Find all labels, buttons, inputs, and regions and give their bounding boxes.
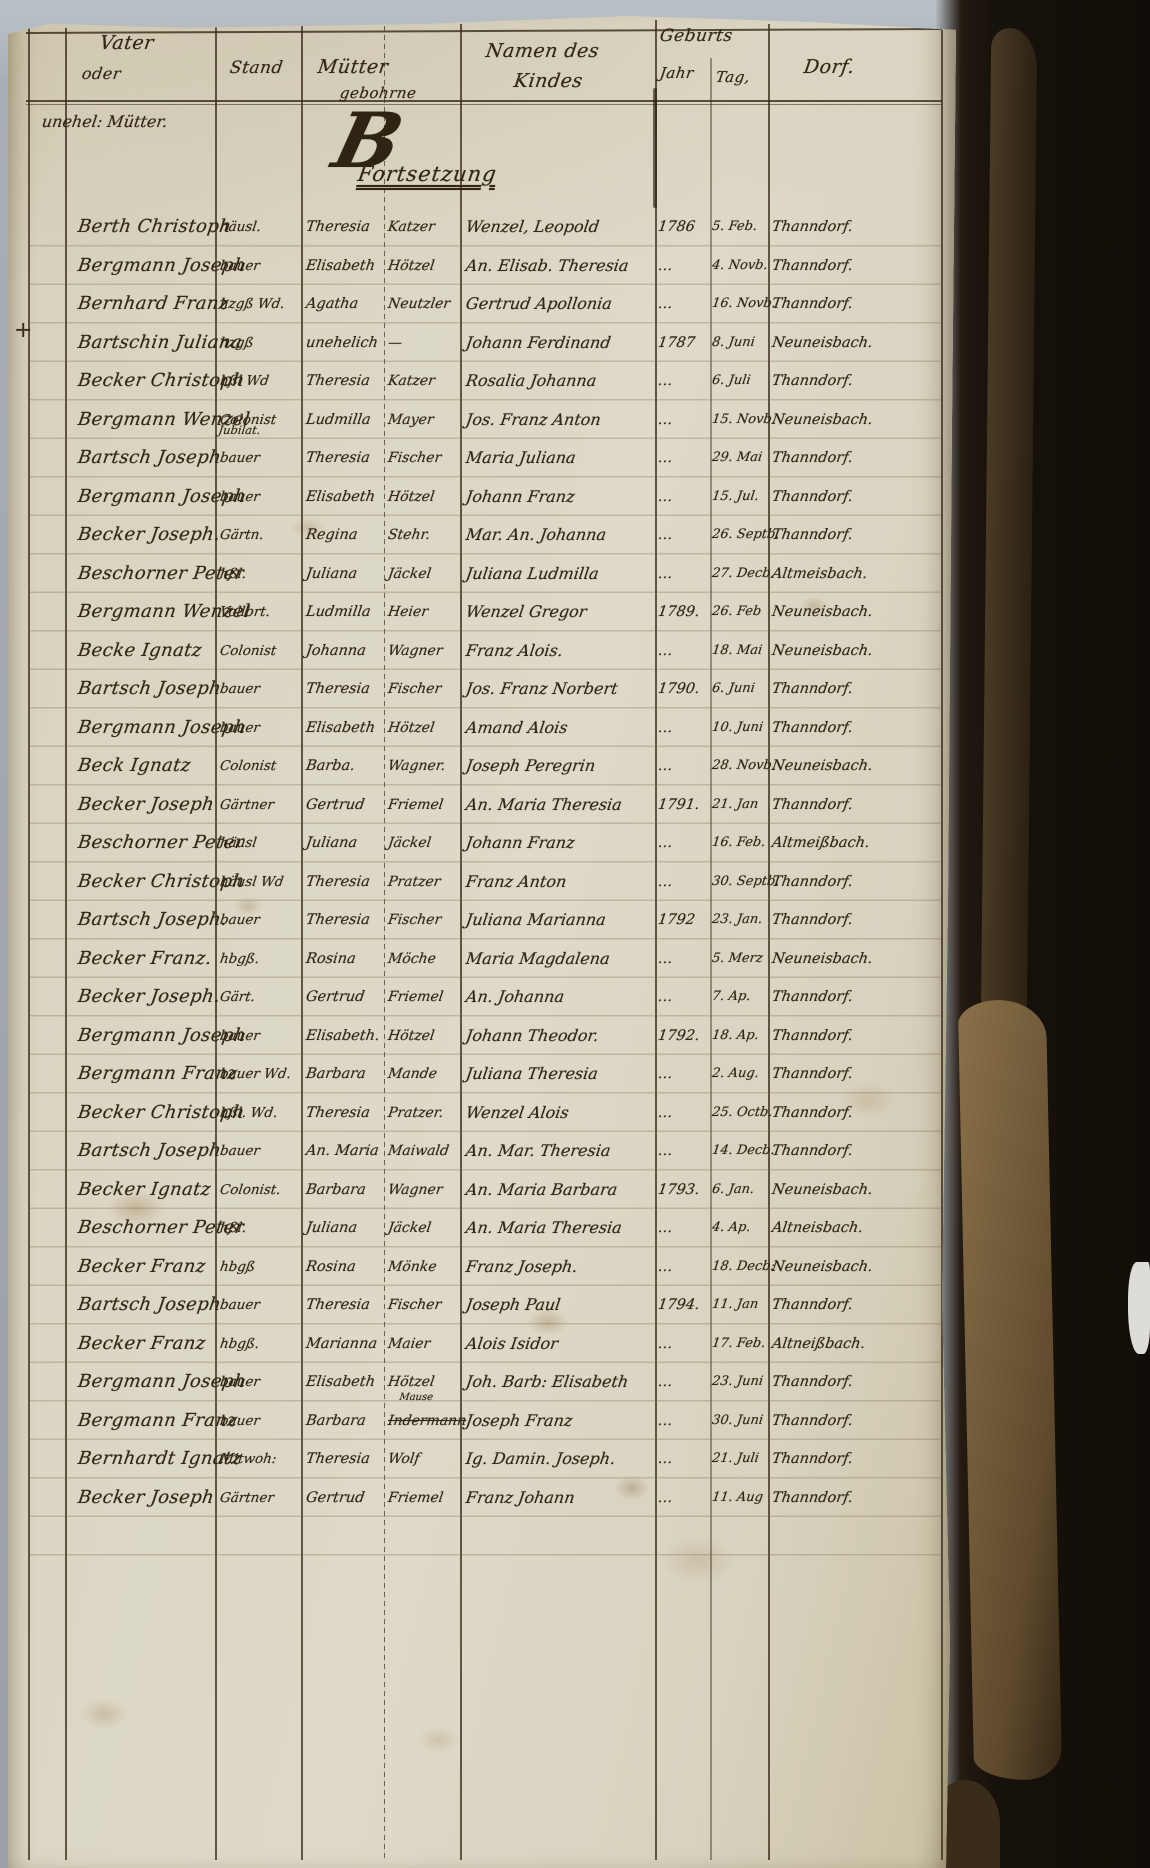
mgiven-cell: Theresia — [303, 439, 372, 477]
struck-surname: Indermann — [387, 1413, 467, 1429]
village-cell: Thanndorf. — [769, 1286, 855, 1324]
table-row: Bergmann WenzelVollbrt.LudmillaHeierWenz… — [8, 593, 956, 631]
mgiven-cell: Agatha — [303, 285, 361, 323]
msur-cell: Hötzel — [385, 1017, 437, 1055]
child-cell: Juliana Ludmilla — [463, 555, 601, 593]
stand-cell: häusl Wd — [217, 863, 286, 901]
stand-cell: Mitwoh: — [217, 1440, 279, 1478]
child-cell: Wenzel Gregor — [463, 593, 589, 631]
year-cell: … — [655, 362, 675, 400]
day-cell: 4. Novb. — [709, 247, 770, 285]
village-cell: Thanndorf. — [769, 863, 855, 901]
table-row: Becker Joseph.Gärtn.ReginaStehr.Mar. An.… — [8, 516, 956, 554]
book-binding-edge — [935, 0, 1150, 1868]
stand-cell: hßl. — [217, 555, 249, 593]
day-cell: 17. Feb. — [709, 1325, 768, 1363]
year-cell: … — [655, 709, 675, 747]
header-child-line1: Namen des — [484, 40, 600, 62]
father-cell: Becker Joseph. — [75, 978, 223, 1016]
year-cell: … — [655, 1248, 675, 1286]
day-cell: 8. Juni — [709, 324, 757, 362]
msur-cell: Hötzel — [385, 247, 437, 285]
table-row: Beschorner PeterhäuslJulianaJäckelJohann… — [8, 824, 956, 862]
year-cell: 1793. — [655, 1171, 702, 1209]
child-cell: Johann Franz — [463, 824, 577, 862]
msur-cell: Fischer — [385, 1286, 444, 1324]
table-row: Becker JosephGärtnerGertrudFriemelAn. Ma… — [8, 786, 956, 824]
stand-cell: bauer — [217, 709, 262, 747]
village-cell: Thanndorf. — [769, 1094, 855, 1132]
header-day: Tag, — [715, 68, 752, 86]
msur-cell: Jäckel — [385, 555, 433, 593]
mgiven-cell: Regina — [303, 516, 360, 554]
msur-cell: Mande — [385, 1055, 439, 1093]
day-cell: 21. Jan — [709, 786, 760, 824]
village-cell: Thanndorf. — [769, 362, 855, 400]
year-cell: … — [655, 940, 675, 978]
village-cell: Thanndorf. — [769, 1479, 855, 1517]
child-cell: An. Maria Theresia — [463, 786, 624, 824]
table-row: Bergmann JosephbauerElisabethHötzelJohan… — [8, 478, 956, 516]
mgiven-cell: Elisabeth — [303, 1363, 377, 1401]
father-cell: Becker Joseph — [75, 786, 216, 824]
child-cell: Rosalia Johanna — [463, 362, 599, 400]
msur-cell: Wagner — [385, 1171, 445, 1209]
table-row: Bartsch JosephbauerTheresiaFischerJoseph… — [8, 1286, 956, 1324]
village-cell: Neuneisbach. — [769, 593, 875, 631]
stand-cell: häusl — [217, 824, 259, 862]
year-cell: … — [655, 555, 675, 593]
stand-cell: bauer Wd. — [217, 1055, 293, 1093]
table-row: Bergmann WenzelColonistJubilat.LudmillaM… — [8, 401, 956, 439]
mgiven-cell: unehelich — [303, 324, 380, 362]
stand-cell: bauer — [217, 1132, 262, 1170]
mgiven-cell: Theresia — [303, 670, 372, 708]
village-cell: Thanndorf. — [769, 208, 855, 246]
msur-cell: Jäckel — [385, 824, 433, 862]
father-cell: Berth Christoph — [75, 208, 234, 246]
father-cell: Becker Ignatz — [75, 1171, 213, 1209]
header-village: Dorf. — [802, 56, 856, 78]
msur-cell: Wagner. — [385, 747, 448, 785]
stand-cell: hbgß. — [217, 1325, 262, 1363]
child-cell: An. Elisab. Theresia — [463, 247, 631, 285]
table-row: Bergmann JosephbauerElisabethHötzelAn. E… — [8, 247, 956, 285]
mgiven-cell: Juliana — [303, 1209, 359, 1247]
day-cell: 18. Mai — [709, 632, 764, 670]
table-row: Becker Christophhäusl WdTheresiaPratzerF… — [8, 863, 956, 901]
day-cell: 5. Feb. — [709, 208, 759, 246]
day-cell: 23. Juni — [709, 1363, 765, 1401]
msur-cell: Wagner — [385, 632, 445, 670]
father-cell: Becker Franz — [75, 1325, 208, 1363]
day-cell: 11. Jan — [709, 1286, 760, 1324]
village-cell: Neuneisbach. — [769, 632, 875, 670]
village-cell: Thanndorf. — [769, 978, 855, 1016]
mgiven-cell: An. Maria — [303, 1132, 381, 1170]
msur-cell: Mönke — [385, 1248, 439, 1286]
stand-cell: bauer — [217, 478, 262, 516]
header-bottom-rule — [26, 100, 942, 102]
stand-cell: bauer — [217, 1017, 262, 1055]
table-row: Bergmann Franzbauer Wd.BarbaraMandeJulia… — [8, 1055, 956, 1093]
header-father-line1: Vater — [98, 32, 155, 54]
day-cell: 29. Mai — [709, 439, 764, 477]
child-cell: Alois Isidor — [463, 1325, 560, 1363]
mgiven-cell: Barbara — [303, 1402, 368, 1440]
father-cell: Bartsch Joseph — [75, 1286, 223, 1324]
year-cell: … — [655, 1325, 675, 1363]
village-cell: Thanndorf. — [769, 1363, 855, 1401]
header-birth: Geburts — [659, 26, 734, 46]
table-row: Bartsch JosephbauerAn. MariaMaiwaldAn. M… — [8, 1132, 956, 1170]
village-cell: Thanndorf. — [769, 670, 855, 708]
father-cell: Becker Joseph — [75, 1479, 216, 1517]
mgiven-cell: Barbara — [303, 1171, 368, 1209]
table-row: Bergmann JosephbauerElisabeth.HötzelJoha… — [8, 1017, 956, 1055]
msur-cell: Maier — [385, 1325, 432, 1363]
msur-cell: Möche — [385, 940, 438, 978]
msur-cell: Pratzer. — [385, 1094, 446, 1132]
child-cell: Johann Ferdinand — [463, 324, 613, 362]
child-cell: Jos. Franz Anton — [463, 401, 603, 439]
day-cell: 4. Ap. — [709, 1209, 753, 1247]
stand-cell: hzgß Wd. — [217, 285, 287, 323]
table-row: Bartsch JosephbauerTheresiaFischerJos. F… — [8, 670, 956, 708]
day-cell: 18. Ap. — [709, 1017, 761, 1055]
stand-cell: Colonist. — [217, 1171, 283, 1209]
father-cell: Becke Ignatz — [75, 632, 204, 670]
village-cell: Thanndorf. — [769, 786, 855, 824]
day-cell: 14. Decb. — [709, 1132, 777, 1170]
table-row: Bernhardt IgnatzMitwoh:TheresiaWolfIg. D… — [8, 1440, 956, 1478]
child-cell: Johann Franz — [463, 478, 577, 516]
stand-cell: hßl. Wd. — [217, 1094, 280, 1132]
table-row: Beschorner Peterhßl.JulianaJäckelAn. Mar… — [8, 1209, 956, 1247]
table-row: Becker JosephGärtnerGertrudFriemelFranz … — [8, 1479, 956, 1517]
village-cell: Thanndorf. — [769, 901, 855, 939]
day-cell: 25. Octb. — [709, 1094, 775, 1132]
year-cell: 1792 — [655, 901, 697, 939]
msur-cell: Fischer — [385, 670, 444, 708]
mgiven-cell: Theresia — [303, 1440, 372, 1478]
table-row: Becker Franz.hbgß.RosinaMöcheMaria Magda… — [8, 940, 956, 978]
stand-cell: Gärtner — [217, 786, 276, 824]
mgiven-cell: Rosina — [303, 940, 358, 978]
child-cell: Juliana Marianna — [463, 901, 608, 939]
msur-cell: Fischer — [385, 901, 444, 939]
day-cell: 6. Jan. — [709, 1171, 756, 1209]
msur-cell: Friemel — [385, 786, 446, 824]
day-cell: 7. Ap. — [709, 978, 753, 1016]
year-cell: 1792. — [655, 1017, 702, 1055]
mgiven-cell: Elisabeth — [303, 478, 377, 516]
year-cell: … — [655, 247, 675, 285]
day-cell: 6. Juni — [709, 670, 757, 708]
village-cell: Neuneisbach. — [769, 940, 875, 978]
day-cell: 30. Juni — [709, 1402, 765, 1440]
year-cell: … — [655, 1402, 675, 1440]
msur-cell: Friemel — [385, 978, 446, 1016]
village-cell: Thanndorf. — [769, 478, 855, 516]
stand-cell: bauer — [217, 247, 262, 285]
child-cell: An. Maria Theresia — [463, 1209, 624, 1247]
msur-cell: Heier — [385, 593, 430, 631]
ink-blot — [653, 88, 657, 208]
mgiven-cell: Johanna — [303, 632, 368, 670]
table-row: Beschorner Peterhßl.JulianaJäckelJuliana… — [8, 555, 956, 593]
table-row: Becker IgnatzColonist.BarbaraWagnerAn. M… — [8, 1171, 956, 1209]
msur-cell: Stehr. — [385, 516, 432, 554]
surname-correction: Mause — [399, 1393, 434, 1403]
year-cell: … — [655, 1055, 675, 1093]
table-row: Bartschin Julianahzgßunehelich—Johann Fe… — [8, 324, 956, 362]
village-cell: Neuneisbach. — [769, 747, 875, 785]
mgiven-cell: Elisabeth — [303, 247, 377, 285]
child-cell: Maria Juliana — [463, 439, 578, 477]
year-cell: 1790. — [655, 670, 702, 708]
year-cell: … — [655, 1132, 675, 1170]
mgiven-cell: Marianna — [303, 1325, 379, 1363]
child-cell: Joseph Paul — [463, 1286, 563, 1324]
child-cell: Amand Alois — [463, 709, 570, 747]
father-cell: Bartsch Joseph. — [75, 901, 230, 939]
child-cell: Juliana Theresia — [463, 1055, 600, 1093]
day-cell: 11. Aug — [709, 1479, 765, 1517]
stand-cell: hßl. — [217, 1209, 249, 1247]
stand-second-line: Jubilat. — [218, 425, 276, 436]
table-row: Becker Christophhßl. Wd.TheresiaPratzer.… — [8, 1094, 956, 1132]
stand-cell: häusl. — [217, 208, 263, 246]
stand-cell: bauer — [217, 1363, 262, 1401]
mgiven-cell: Gertrud — [303, 978, 367, 1016]
year-cell: … — [655, 1479, 675, 1517]
day-cell: 18. Decb: — [709, 1248, 777, 1286]
mgiven-cell: Elisabeth — [303, 709, 377, 747]
table-row: Bergmann FranzbauerBarbaraMauseIndermann… — [8, 1402, 956, 1440]
child-cell: Jos. Franz Norbert — [463, 670, 620, 708]
table-row: Becker Franzhbgß.MariannaMaierAlois Isid… — [8, 1325, 956, 1363]
child-cell: Franz Johann — [463, 1479, 577, 1517]
day-cell: 5. Merz — [709, 940, 765, 978]
stand-cell: Gärtn. — [217, 516, 266, 554]
table-top-rule — [26, 28, 942, 33]
stand-cell: Vollbrt. — [217, 593, 272, 631]
msur-cell: Hötzel — [385, 709, 437, 747]
table-row: Bergmann JosephbauerElisabethHötzelAmand… — [8, 709, 956, 747]
mgiven-cell: Gertrud — [303, 786, 367, 824]
header-stand: Stand — [229, 58, 285, 78]
msur-cell: Neutzler — [385, 285, 452, 323]
header-father-line2: oder — [81, 64, 123, 83]
mgiven-cell: Theresia — [303, 1094, 372, 1132]
year-cell: … — [655, 632, 675, 670]
table-row: Bergmann JosephbauerElisabethHötzelJoh. … — [8, 1363, 956, 1401]
year-cell: 1791. — [655, 786, 702, 824]
stand-cell: bauer — [217, 901, 262, 939]
register-page: Vater oder Stand Mütter gebohrne Namen d… — [8, 0, 956, 1868]
village-cell: Neuneisbach. — [769, 401, 875, 439]
year-cell: 1789. — [655, 593, 702, 631]
stand-cell: Colonist — [217, 632, 279, 670]
father-cell: Beck Ignatz — [75, 747, 193, 785]
stand-cell: Gärtner — [217, 1479, 276, 1517]
mgiven-cell: Rosina — [303, 1248, 358, 1286]
village-cell: Neuneisbach. — [769, 1248, 875, 1286]
year-cell: 1786 — [655, 208, 697, 246]
day-cell: 2. Aug. — [709, 1055, 761, 1093]
village-cell: Thanndorf. — [769, 1055, 855, 1093]
village-cell: Altmeißbach. — [769, 824, 872, 862]
day-cell: 28. Novb. — [709, 747, 778, 785]
father-cell: Becker Franz — [75, 1248, 208, 1286]
child-cell: Ig. Damin. Joseph. — [463, 1440, 618, 1478]
year-cell: … — [655, 478, 675, 516]
village-cell: Thanndorf. — [769, 1440, 855, 1478]
village-cell: Thanndorf. — [769, 516, 855, 554]
mgiven-cell: Theresia — [303, 863, 372, 901]
mgiven-cell: Theresia — [303, 1286, 372, 1324]
msur-cell: Maiwald — [385, 1132, 451, 1170]
child-cell: Wenzel Alois — [463, 1094, 571, 1132]
stand-cell: hbgß. — [217, 940, 262, 978]
child-cell: Franz Anton — [463, 863, 569, 901]
year-cell: … — [655, 516, 675, 554]
mgiven-cell: Ludmilla — [303, 401, 373, 439]
child-cell: An. Mar. Theresia — [463, 1132, 613, 1170]
village-cell: Altneisbach. — [769, 1209, 865, 1247]
table-row: Becker Joseph.Gärt.GertrudFriemelAn. Joh… — [8, 978, 956, 1016]
village-cell: Thanndorf. — [769, 1132, 855, 1170]
father-cell: Bergmann Franz — [75, 1055, 240, 1093]
table-row: Becker Christophhßl WdTheresiaKatzerRosa… — [8, 362, 956, 400]
child-cell: Gertrud Apollonia — [463, 285, 614, 323]
village-cell: Thanndorf. — [769, 709, 855, 747]
stand-cell: bauer — [217, 670, 262, 708]
village-cell: Altneißbach. — [769, 1325, 868, 1363]
msur-cell: Jäckel — [385, 1209, 433, 1247]
father-cell: Bartsch Joseph — [75, 439, 223, 477]
village-cell: Thanndorf. — [769, 247, 855, 285]
year-cell: … — [655, 1209, 675, 1247]
stand-cell: hzgß — [217, 324, 256, 362]
year-cell: … — [655, 824, 675, 862]
header-year: Jahr — [659, 64, 695, 82]
year-cell: … — [655, 285, 675, 323]
mgiven-cell: Theresia — [303, 208, 372, 246]
child-cell: Johann Theodor. — [463, 1017, 601, 1055]
msur-cell: Pratzer — [385, 863, 443, 901]
father-cell: Bartsch Joseph — [75, 670, 223, 708]
msur-cell: Fischer — [385, 439, 444, 477]
village-cell: Thanndorf. — [769, 439, 855, 477]
stand-cell: hbgß — [217, 1248, 257, 1286]
child-cell: Joseph Peregrin — [463, 747, 598, 785]
stand-cell: bauer — [217, 1402, 262, 1440]
child-cell: Franz Alois. — [463, 632, 565, 670]
msur-cell: Friemel — [385, 1479, 446, 1517]
father-cell: Bartsch Joseph — [75, 1132, 223, 1170]
mgiven-cell: Barbara — [303, 1055, 368, 1093]
village-cell: Thanndorf. — [769, 285, 855, 323]
child-cell: Joseph Franz — [463, 1402, 575, 1440]
header-bottom-rule2 — [26, 104, 942, 105]
village-cell: Neuneisbach. — [769, 324, 875, 362]
year-cell: … — [655, 863, 675, 901]
stand-cell: bauer — [217, 1286, 262, 1324]
year-cell: … — [655, 1094, 675, 1132]
father-cell: Bernhard Franz — [75, 285, 231, 323]
register-scan: Vater oder Stand Mütter gebohrne Namen d… — [0, 0, 1150, 1868]
child-cell: Maria Magdalena — [463, 940, 612, 978]
day-cell: 21. Juli — [709, 1440, 761, 1478]
table-row: Berth Christophhäusl.TheresiaKatzerWenze… — [8, 208, 956, 246]
child-cell: Mar. An. Johanna — [463, 516, 608, 554]
mgiven-cell: Theresia — [303, 362, 372, 400]
day-cell: 15. Jul. — [709, 478, 761, 516]
day-cell: 15. Novb. — [709, 401, 778, 439]
village-cell: Thanndorf. — [769, 1402, 855, 1440]
msur-cell: MauseIndermann — [385, 1402, 468, 1440]
year-cell: … — [655, 401, 675, 439]
year-cell: 1794. — [655, 1286, 702, 1324]
father-cell: Bergmann Franz — [75, 1402, 240, 1440]
msur-cell: Hötzel — [385, 478, 437, 516]
msur-cell: — — [385, 324, 404, 362]
msur-cell: Mayer — [385, 401, 436, 439]
mgiven-cell: Juliana — [303, 824, 359, 862]
table-row: Beck IgnatzColonistBarba.Wagner.Joseph P… — [8, 747, 956, 785]
year-cell: … — [655, 1363, 675, 1401]
msur-cell: Katzer — [385, 208, 437, 246]
day-cell: 23. Jan. — [709, 901, 765, 939]
village-cell: Altmeisbach. — [769, 555, 870, 593]
mgiven-cell: Theresia — [303, 901, 372, 939]
mgiven-cell: Elisabeth. — [303, 1017, 382, 1055]
day-cell: 16. Novb. — [709, 285, 778, 323]
day-cell: 6. Juli — [709, 362, 753, 400]
mgiven-cell: Gertrud — [303, 1479, 367, 1517]
day-cell: 16. Feb. — [709, 824, 768, 862]
year-cell: … — [655, 978, 675, 1016]
year-cell: … — [655, 1440, 675, 1478]
child-cell: An. Maria Barbara — [463, 1171, 620, 1209]
year-cell: … — [655, 747, 675, 785]
table-row: Bartsch Joseph.bauerTheresiaFischerJulia… — [8, 901, 956, 939]
child-cell: Franz Joseph. — [463, 1248, 580, 1286]
year-cell: 1787 — [655, 324, 697, 362]
header-mother-line1: Mütter — [316, 56, 389, 78]
child-cell: Joh. Barb: Elisabeth — [463, 1363, 631, 1401]
header-father-sub: unehel: Mütter. — [41, 112, 169, 131]
child-cell: Wenzel, Leopold — [463, 208, 601, 246]
stand-cell: Gärt. — [217, 978, 257, 1016]
village-cell: Neuneisbach. — [769, 1171, 875, 1209]
section-continuation-label: Fortsetzung — [356, 162, 498, 186]
table-row: Bartsch JosephbauerTheresiaFischerMaria … — [8, 439, 956, 477]
mgiven-cell: Barba. — [303, 747, 357, 785]
day-cell: 10. Juni — [709, 709, 765, 747]
msur-cell: Wolf — [385, 1440, 422, 1478]
table-row: Becke IgnatzColonistJohannaWagnerFranz A… — [8, 632, 956, 670]
father-cell: Becker Joseph. — [75, 516, 223, 554]
header-child-line2: Kindes — [512, 70, 584, 92]
stand-cell: bauer — [217, 439, 262, 477]
day-cell: 26. Feb — [709, 593, 763, 631]
mgiven-cell: Juliana — [303, 555, 359, 593]
stand-cell: ColonistJubilat. — [217, 401, 279, 439]
village-cell: Thanndorf. — [769, 1017, 855, 1055]
